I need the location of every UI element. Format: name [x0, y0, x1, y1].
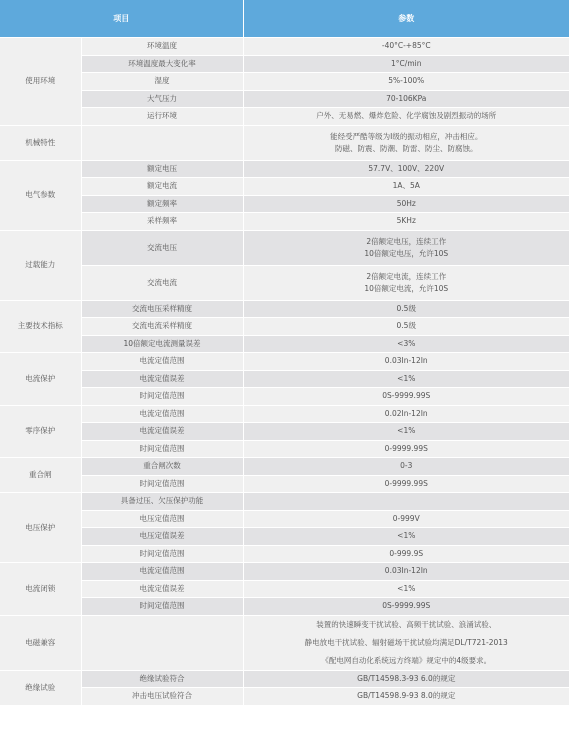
table-row: 环境温度最大变化率 1°C/min — [0, 55, 569, 73]
table-row: 电压保护 具备过压、欠压保护功能 — [0, 493, 569, 511]
group-label: 电气参数 — [0, 160, 81, 230]
item-label: 环境温度最大变化率 — [81, 55, 243, 73]
table-row: 交流电流采样精度 0.5级 — [0, 318, 569, 336]
table-row: 电流定值误差 <1% — [0, 423, 569, 441]
item-label: 湿度 — [81, 73, 243, 91]
group-label: 过载能力 — [0, 230, 81, 300]
param-value: 0-9999.99S — [243, 440, 569, 458]
table-row: 电磁兼容 装置的快速瞬变干扰试验、高频干扰试验、浪涌试验、 静电放电干扰试验、辐… — [0, 615, 569, 670]
item-label: 额定频率 — [81, 195, 243, 213]
group-label: 电流保护 — [0, 353, 81, 406]
table-row: 额定频率 50Hz — [0, 195, 569, 213]
param-value: 户外、无易燃、爆炸危险、化学腐蚀及剧烈振动的场所 — [243, 108, 569, 126]
param-value: 0-9999.99S — [243, 475, 569, 493]
item-label: 交流电流 — [81, 265, 243, 300]
item-label: 运行环境 — [81, 108, 243, 126]
header-item: 项目 — [0, 0, 243, 38]
table-row: 电压定值误差 <1% — [0, 528, 569, 546]
table-row: 电流闭锁 电流定值范围 0.03In-12In — [0, 563, 569, 581]
table-body: 使用环境 环境温度 -40°C-+85°C 环境温度最大变化率 1°C/min … — [0, 38, 569, 706]
param-value: 0.03In-12In — [243, 353, 569, 371]
table-row: 过载能力 交流电压 2倍额定电压，连续工作 10倍额定电压，允许10S — [0, 230, 569, 265]
item-label: 电流定值误差 — [81, 423, 243, 441]
table-row: 大气压力 70-106KPa — [0, 90, 569, 108]
value-line: 防磁、防震、防潮、防雷、防尘、防腐蚀。 — [248, 143, 566, 155]
param-value: <1% — [243, 370, 569, 388]
table-row: 运行环境 户外、无易燃、爆炸危险、化学腐蚀及剧烈振动的场所 — [0, 108, 569, 126]
item-label: 额定电流 — [81, 178, 243, 196]
table-row: 电压定值范围 0-999V — [0, 510, 569, 528]
table-row: 绝缘试验 绝缘试验符合 GB/T14598.3-93 6.0的规定 — [0, 670, 569, 688]
param-value: 5%-100% — [243, 73, 569, 91]
param-value: 1A、5A — [243, 178, 569, 196]
item-label: 时间定值范围 — [81, 440, 243, 458]
item-label: 冲击电压试验符合 — [81, 688, 243, 706]
group-label: 重合闸 — [0, 458, 81, 493]
item-label: 时间定值范围 — [81, 475, 243, 493]
item-label: 采样频率 — [81, 213, 243, 231]
table-row: 电流保护 电流定值范围 0.03In-12In — [0, 353, 569, 371]
item-label — [81, 615, 243, 670]
param-value: 1°C/min — [243, 55, 569, 73]
item-label: 绝缘试验符合 — [81, 670, 243, 688]
item-label: 电流定值误差 — [81, 580, 243, 598]
table-row: 时间定值范围 0S-9999.99S — [0, 598, 569, 616]
param-value — [243, 493, 569, 511]
item-label: 交流电流采样精度 — [81, 318, 243, 336]
param-value: 0.5级 — [243, 300, 569, 318]
item-label: 大气压力 — [81, 90, 243, 108]
item-label: 电流定值误差 — [81, 370, 243, 388]
param-value: 0-999V — [243, 510, 569, 528]
value-line: 2倍额定电压，连续工作 — [248, 236, 566, 248]
item-label: 电流定值范围 — [81, 563, 243, 581]
item-label: 环境温度 — [81, 38, 243, 56]
param-value: GB/T14598.3-93 6.0的规定 — [243, 670, 569, 688]
table-row: 零序保护 电流定值范围 0.02In-12In — [0, 405, 569, 423]
param-value: 0S-9999.99S — [243, 598, 569, 616]
item-label: 电流定值范围 — [81, 405, 243, 423]
item-label: 时间定值范围 — [81, 388, 243, 406]
param-value: 0-3 — [243, 458, 569, 476]
group-label: 机械特性 — [0, 125, 81, 160]
param-value: 0.02In-12In — [243, 405, 569, 423]
param-value: 0-999.9S — [243, 545, 569, 563]
group-label: 电流闭锁 — [0, 563, 81, 616]
table-row: 湿度 5%-100% — [0, 73, 569, 91]
item-label: 电流定值范围 — [81, 353, 243, 371]
table-row: 使用环境 环境温度 -40°C-+85°C — [0, 38, 569, 56]
table-row: 重合闸 重合闸次数 0-3 — [0, 458, 569, 476]
table-row: 交流电流 2倍额定电流，连续工作 10倍额定电流，允许10S — [0, 265, 569, 300]
param-value: <1% — [243, 423, 569, 441]
item-label: 交流电压采样精度 — [81, 300, 243, 318]
header-param: 参数 — [243, 0, 569, 38]
param-value: 装置的快速瞬变干扰试验、高频干扰试验、浪涌试验、 静电放电干扰试验、辐射磁场干扰… — [243, 615, 569, 670]
param-value: <1% — [243, 580, 569, 598]
table-row: 时间定值范围 0S-9999.99S — [0, 388, 569, 406]
group-label: 主要技术指标 — [0, 300, 81, 353]
param-value: 能经受严酷等级为I级的振动相应，冲击相应。 防磁、防震、防潮、防雷、防尘、防腐蚀… — [243, 125, 569, 160]
value-line: 《配电网自动化系统远方终端》规定中的4级要求。 — [248, 652, 566, 670]
item-label: 额定电压 — [81, 160, 243, 178]
table-row: 主要技术指标 交流电压采样精度 0.5级 — [0, 300, 569, 318]
spec-table: 项目 参数 使用环境 环境温度 -40°C-+85°C 环境温度最大变化率 1°… — [0, 0, 569, 706]
param-value: 0.5级 — [243, 318, 569, 336]
param-value: 50Hz — [243, 195, 569, 213]
param-value: 2倍额定电流，连续工作 10倍额定电流，允许10S — [243, 265, 569, 300]
item-label: 具备过压、欠压保护功能 — [81, 493, 243, 511]
value-line: 装置的快速瞬变干扰试验、高频干扰试验、浪涌试验、 — [248, 616, 566, 634]
item-label: 重合闸次数 — [81, 458, 243, 476]
param-value: <3% — [243, 335, 569, 353]
group-label: 电压保护 — [0, 493, 81, 563]
item-label: 10倍额定电流测量误差 — [81, 335, 243, 353]
table-row: 额定电流 1A、5A — [0, 178, 569, 196]
table-row: 10倍额定电流测量误差 <3% — [0, 335, 569, 353]
value-line: 能经受严酷等级为I级的振动相应，冲击相应。 — [248, 131, 566, 143]
param-value: 70-106KPa — [243, 90, 569, 108]
item-label — [81, 125, 243, 160]
item-label: 电压定值误差 — [81, 528, 243, 546]
group-label: 零序保护 — [0, 405, 81, 458]
value-line: 10倍额定电压，允许10S — [248, 248, 566, 260]
table-row: 时间定值范围 0-999.9S — [0, 545, 569, 563]
param-value: <1% — [243, 528, 569, 546]
param-value: 0.03In-12In — [243, 563, 569, 581]
table-row: 冲击电压试验符合 GB/T14598.9-93 8.0的规定 — [0, 688, 569, 706]
table-header-row: 项目 参数 — [0, 0, 569, 38]
value-line: 10倍额定电流，允许10S — [248, 283, 566, 295]
table-row: 电流定值误差 <1% — [0, 370, 569, 388]
param-value: 0S-9999.99S — [243, 388, 569, 406]
table-row: 机械特性 能经受严酷等级为I级的振动相应，冲击相应。 防磁、防震、防潮、防雷、防… — [0, 125, 569, 160]
param-value: -40°C-+85°C — [243, 38, 569, 56]
table-row: 时间定值范围 0-9999.99S — [0, 475, 569, 493]
table-row: 电流定值误差 <1% — [0, 580, 569, 598]
item-label: 电压定值范围 — [81, 510, 243, 528]
table-row: 采样频率 5KHz — [0, 213, 569, 231]
item-label: 时间定值范围 — [81, 598, 243, 616]
value-line: 静电放电干扰试验、辐射磁场干扰试验均满足DL/T721-2013 — [248, 634, 566, 652]
param-value: 2倍额定电压，连续工作 10倍额定电压，允许10S — [243, 230, 569, 265]
group-label: 电磁兼容 — [0, 615, 81, 670]
item-label: 时间定值范围 — [81, 545, 243, 563]
table-row: 电气参数 额定电压 57.7V、100V、220V — [0, 160, 569, 178]
item-label: 交流电压 — [81, 230, 243, 265]
group-label: 绝缘试验 — [0, 670, 81, 705]
param-value: 57.7V、100V、220V — [243, 160, 569, 178]
value-line: 2倍额定电流，连续工作 — [248, 271, 566, 283]
group-label: 使用环境 — [0, 38, 81, 126]
param-value: GB/T14598.9-93 8.0的规定 — [243, 688, 569, 706]
table-row: 时间定值范围 0-9999.99S — [0, 440, 569, 458]
param-value: 5KHz — [243, 213, 569, 231]
